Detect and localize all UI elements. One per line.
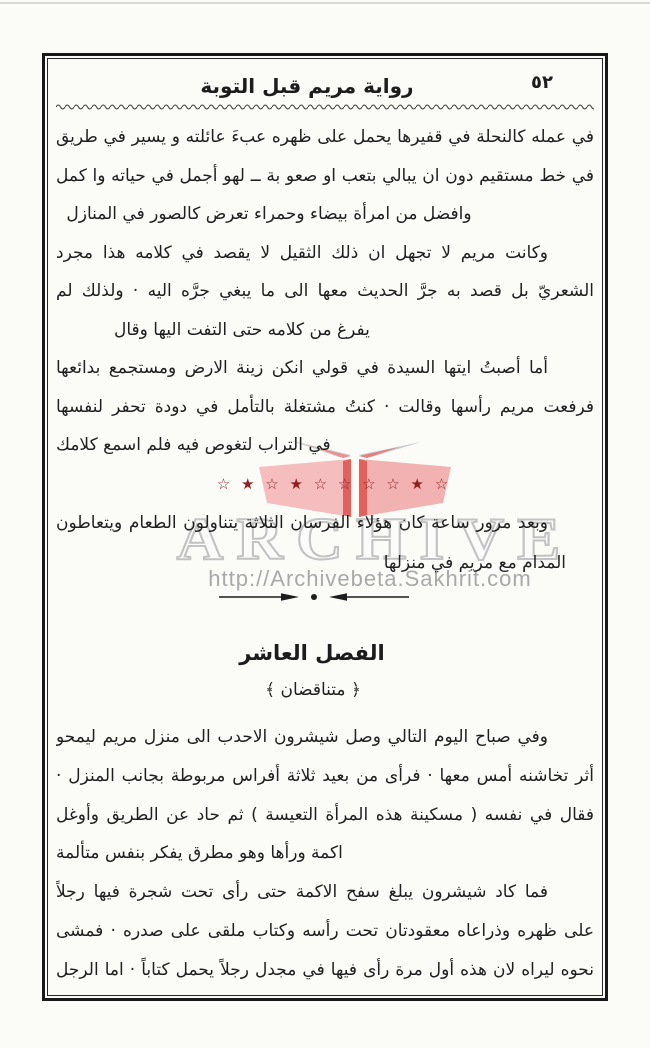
body-line: يفرغ من كلامه حتى التفت اليها وقال	[56, 312, 594, 348]
wavy-rule	[56, 101, 594, 113]
body-line: أثر تخاشنه أمس معها · فرأى من بعيد ثلاثة…	[56, 758, 594, 794]
running-title: رواية مريم قبل التوبة	[56, 69, 594, 103]
body-line: وبعد مرور ساعة كان هؤلاء الفرسان الثلاثة…	[56, 505, 594, 541]
body-line: في عمله كالنحلة في قفيرها يحمل على ظهره …	[56, 119, 594, 155]
page-border-inner: رواية مريم قبل التوبة ٥٢ في عمله كالنحلة…	[47, 58, 603, 996]
body-line: الشعريّ بل قصد به جرَّ الحديث معها الى م…	[56, 273, 594, 309]
body-line: وفي صباح اليوم التالي وصل شيشرون الاحدب …	[56, 719, 594, 755]
page-content: رواية مريم قبل التوبة ٥٢ في عمله كالنحلة…	[56, 62, 594, 992]
body-line: في التراب لتغوص فيه فلم اسمع كلامك	[56, 427, 594, 463]
body-line: أما أصبتُ ايتها السيدة في قولي انكن زينة…	[56, 350, 594, 386]
star-divider: ☆ ★ ☆ ★ ☆ ☆ ☆ ☆ ★ ☆	[56, 473, 594, 495]
body-line: فقال في نفسه ( مسكينة هذه المرأة التعيسة…	[56, 797, 594, 833]
page-number: ٥٢	[531, 72, 553, 93]
arrow-divider	[219, 591, 409, 603]
chapter-subtitle: ﴿ متناقضان ﴾	[56, 675, 594, 705]
scan-artifact-line	[0, 2, 650, 4]
body-line: المدام مع مريم في منزلها	[56, 545, 594, 581]
body-line: اكمة ورأها وهو مطرق يفكر بنفس متألمة	[56, 835, 594, 871]
page-border-frame: رواية مريم قبل التوبة ٥٢ في عمله كالنحلة…	[42, 53, 608, 1001]
body-line: فما كاد شيشرون يبلغ سفح الاكمة حتى رأى ت…	[56, 874, 594, 910]
body-line: نحوه ليراه لان هذه أول مرة رأى فيها في م…	[56, 952, 594, 988]
scanned-book-page: ARCHIVE http://Archivebeta.Sakhrit.com ر…	[0, 0, 650, 1048]
body-line: فرفعت مريم رأسها وقالت · كنتُ مشتغلة بال…	[56, 389, 594, 425]
body-line: وكانت مريم لا تجهل ان ذلك الثقيل لا يقصد…	[56, 235, 594, 271]
body-line: في خط مستقيم دون ان يبالي بتعب او صعو بة…	[56, 158, 594, 194]
body-line: على ظهره وذراعاه معقودتان تحت رأسه وكتاب…	[56, 913, 594, 949]
chapter-heading: الفصل العاشر	[56, 635, 594, 671]
body-line: وافضل من امرأة بيضاء وحمراء تعرض كالصور …	[56, 196, 594, 232]
